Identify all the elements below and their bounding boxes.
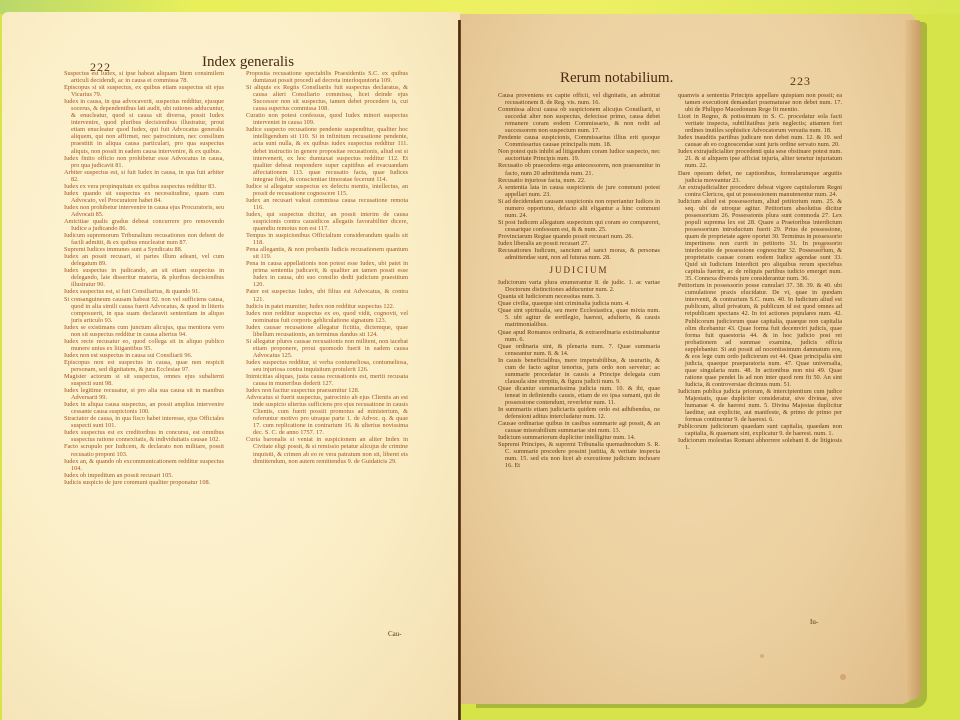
index-entry: Episcopus si sit suspectus, ex quibus et… bbox=[64, 84, 224, 98]
index-entry: Iudice si allegatur suspectus ex defectu… bbox=[246, 183, 408, 197]
index-entry: Iudex in causa, in qua advocaverit, susp… bbox=[64, 98, 224, 154]
index-entry: Iudex suspectus est ex creditoribus in c… bbox=[64, 429, 224, 443]
index-entry: A sententia lata in causa suspicionis de… bbox=[498, 184, 660, 198]
index-entry: Licet in Regno, & potissimum in S. C. pr… bbox=[678, 113, 842, 134]
index-entry: In summariis etiam judiciariis quidem or… bbox=[498, 406, 660, 420]
index-entry: Curia baronalis si veniat in suspicionem… bbox=[246, 436, 408, 464]
right-page: Rerum notabilium. 223 Causa proveniens e… bbox=[460, 14, 915, 704]
index-entry: Inimicitias aliquas, justa causa recusat… bbox=[246, 373, 408, 387]
index-entry: Iudex causae recusatione allegatur ficti… bbox=[246, 324, 408, 338]
index-entry: Iudex ob impeditum an possit recusari 10… bbox=[64, 472, 224, 479]
index-entry: Quae apud Romanos ordinaria, & extraordi… bbox=[498, 329, 660, 343]
index-entry: Pendente causa suspicionis, Commissarius… bbox=[498, 134, 660, 148]
index-entry: Iudex an recusari valeat commissa causa … bbox=[246, 197, 408, 211]
index-entry: Pena allegantis, & non probantis Iudicis… bbox=[246, 246, 408, 260]
index-entry: Iudicis suspicio de jure communi qualite… bbox=[64, 479, 224, 486]
index-entry: Iudicium summariorum dupliciter intellig… bbox=[498, 434, 660, 441]
index-entry: Causae ordinariae quibus in casibus summ… bbox=[498, 420, 660, 434]
index-entry: Amicitiae qualis gradus debeat concurrer… bbox=[64, 218, 224, 232]
index-entry: Non potest quis inhibi ad litigandum cor… bbox=[498, 148, 660, 162]
index-entry: Magister actorum si sit suspectus, omnes… bbox=[64, 373, 224, 387]
index-entry: Iudex non facitur suspectus praesumitur … bbox=[246, 387, 408, 394]
index-entry: Quanta sit Iudiciorum necessitas num. 3. bbox=[498, 293, 660, 300]
right-running-head: Rerum notabilium. bbox=[560, 70, 673, 87]
index-entry: Episcopus non est suspectus in causa, qu… bbox=[64, 359, 224, 373]
index-entry: Iudicis in patet mumiter, Iudex non redd… bbox=[246, 303, 408, 310]
index-entry: quamvis a sententia Principis appellare … bbox=[678, 92, 842, 113]
index-entry: Si consanguineum causam habeat 92. non v… bbox=[64, 296, 224, 324]
right-page-number: 223 bbox=[790, 74, 811, 89]
index-entry: Causa proveniens ex capite officii, vel … bbox=[498, 92, 660, 106]
index-entry: Quae ordinaria sint, & plenaria num. 7. … bbox=[498, 343, 660, 357]
index-entry: Iudiciorum varia plura enumerantur 8. de… bbox=[498, 279, 660, 293]
index-entry: Si ad decidendam causam suspicionis non … bbox=[498, 198, 660, 219]
index-entry: Dare operam debet, ne captionibus, formu… bbox=[678, 170, 842, 184]
index-entry: Proposita recusatione spectabilis Praesi… bbox=[246, 70, 408, 84]
index-entry: Iudex liberalis an possit recusari 27. bbox=[498, 240, 660, 247]
right-column-2: quamvis a sententia Principis appellare … bbox=[678, 92, 842, 451]
page-fore-edge bbox=[905, 20, 921, 700]
index-entry: Iudex suspectus redditur, si verba contu… bbox=[246, 359, 408, 373]
index-entry: Arbiter suspectus est, si fuit Iudex in … bbox=[64, 169, 224, 183]
index-entry: Recusatio ob praecedens erga antecessore… bbox=[498, 162, 660, 176]
left-running-head: Index generalis bbox=[202, 54, 294, 71]
index-entry: Suspectus est Iudex, si ipse habeat aliq… bbox=[64, 70, 224, 84]
index-entry: Publicorum judiciorum quaedam sunt capit… bbox=[678, 423, 842, 437]
index-entry: An extrajudicialiter procedere debeat vi… bbox=[678, 184, 842, 198]
index-entry: Iudicum supremorum Tribunalium recusatio… bbox=[64, 232, 224, 246]
index-entry: Iudex finito officio non prohibetur esse… bbox=[64, 155, 224, 169]
index-entry: Recusationes Iudicum, sancium ad sanct m… bbox=[498, 247, 660, 261]
index-entry: Iudex an, & quando ob excommunicationem … bbox=[64, 458, 224, 472]
index-entry: Quae sint spiritualia, seu mere Ecclesia… bbox=[498, 307, 660, 328]
right-column-1: Causa proveniens ex capite officii, vel … bbox=[498, 92, 660, 469]
index-entry: Pena in causa appellationis non potest e… bbox=[246, 260, 408, 288]
index-entry: Iudex quando sit suspectus ex necessitud… bbox=[64, 190, 224, 204]
section-heading-judicium: JUDICIUM bbox=[498, 267, 660, 274]
index-entry: Supremi Iudices immunes sunt a Syndicatu… bbox=[64, 246, 224, 253]
index-entry: Iudex non est suspectus in causa sui Con… bbox=[64, 352, 224, 359]
index-entry: Iudex an possit recusari, si partes illu… bbox=[64, 253, 224, 267]
index-entry: Iudex inauditis partibus judicare non de… bbox=[678, 134, 842, 148]
index-entry: Pater est suspectus Iudex, ubi filius es… bbox=[246, 288, 408, 302]
index-entry: Iudicium publica judicia priorum, & inte… bbox=[678, 388, 842, 423]
left-catchword: Cau- bbox=[388, 630, 402, 638]
index-entry: Iudex ex vera propinquitate ex quibus su… bbox=[64, 183, 224, 190]
index-entry: Supremi Principes, & supremi Tribunalia … bbox=[498, 441, 660, 469]
left-column-2: Proposita recusatione spectabilis Praesi… bbox=[246, 70, 408, 465]
index-entry: Iudiciorum molestias Romani abhorrere so… bbox=[678, 437, 842, 451]
index-entry: Iudex extrajudicialiter procedenti quia … bbox=[678, 148, 842, 169]
index-entry: Iudex legitime recusatur, si pro alia su… bbox=[64, 387, 224, 401]
index-entry: Si aliquis ex Regiis Consiliariis fuit s… bbox=[246, 84, 408, 112]
index-entry: Si allegatur plures causae recusationis … bbox=[246, 338, 408, 359]
index-entry: Tempus in suspicionibus Officialium cons… bbox=[246, 232, 408, 246]
index-entry: In causis beneficialibus, mere impetrabi… bbox=[498, 357, 660, 385]
index-entry: Curatio non potest confessus, quod Iudex… bbox=[246, 112, 408, 126]
index-entry: Facto scrupulo per Iudicem, & declarato … bbox=[64, 443, 224, 457]
index-entry: Iudex non prohibetur intervenire in caus… bbox=[64, 204, 224, 218]
index-entry: Iudicium aliud est possessorium, aliud p… bbox=[678, 198, 842, 283]
right-catchword: Iu- bbox=[810, 618, 818, 626]
index-entry: Quae civilia, quaeque sint criminalia ju… bbox=[498, 300, 660, 307]
index-entry: Provinciarum Regiae quando possit recusa… bbox=[498, 233, 660, 240]
foxing-spot bbox=[820, 244, 825, 249]
index-entry: Iudex in aliqua causa suspectus, an poss… bbox=[64, 401, 224, 415]
foxing-spot bbox=[840, 674, 846, 680]
index-entry: Recusatio injuriose facta, num. 22. bbox=[498, 177, 660, 184]
left-column-1: Suspectus est Iudex, si ipse habeat aliq… bbox=[64, 70, 224, 486]
index-entry: Quae dicantur summarissima judicia num. … bbox=[498, 385, 660, 406]
index-entry: Iudex se existimans cum junctum alicujus… bbox=[64, 324, 224, 338]
index-entry: Iudex recte recusatur eo, quod collega s… bbox=[64, 338, 224, 352]
index-entry: Iudex, qui suspectus dicitur, an possit … bbox=[246, 211, 408, 232]
index-entry: Stractator de causa, in qua fisco habet … bbox=[64, 415, 224, 429]
index-entry: Commissa alicui causa ob suspicionem ali… bbox=[498, 106, 660, 134]
index-entry: Si post Iudicem allegatum suspectum qui … bbox=[498, 219, 660, 233]
index-entry: Iudex suspectus est, si fuit Consiliariu… bbox=[64, 288, 224, 295]
index-entry: Iudex suspectus in judicando, an sit eti… bbox=[64, 267, 224, 288]
index-entry: Iudex non redditur suspectus ex eo, quod… bbox=[246, 310, 408, 324]
foxing-spot bbox=[760, 654, 764, 658]
book-gutter bbox=[458, 20, 461, 720]
index-entry: Iudice suspecto recusatione pendente sus… bbox=[246, 126, 408, 182]
index-entry: Petitorium in possessorio posse cumulari… bbox=[678, 282, 842, 388]
left-page: 222 Index generalis Suspectus est Iudex,… bbox=[2, 12, 460, 720]
index-entry: Advocatus si fuerit suspectus, patrocini… bbox=[246, 394, 408, 436]
